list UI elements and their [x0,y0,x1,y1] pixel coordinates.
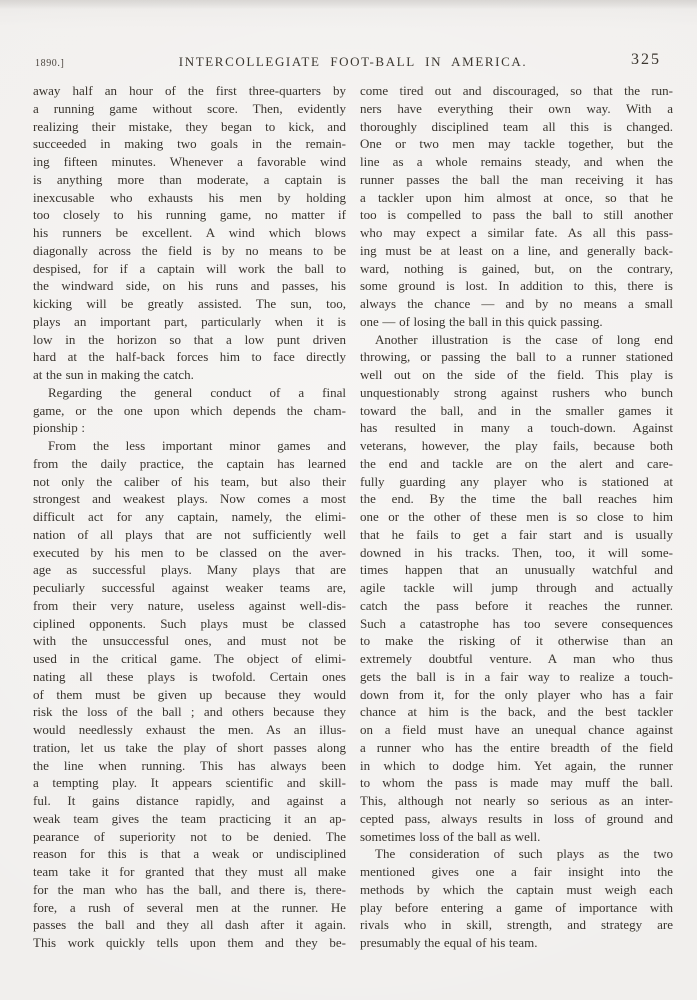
text-line: on a field must have an unequal chance a… [360,721,673,739]
text-line: the end. By the time the ball reaches hi… [360,490,673,508]
text-line: strongest and weakest plays. Now comes a… [33,490,346,508]
text-line: the end and tackle are on the alert and … [360,455,673,473]
text-line: despised, for if a captain will work the… [33,260,346,278]
text-line: unquestionably strong against rushers wh… [360,384,673,402]
text-line: rivals who in skill, strength, and strat… [360,916,673,934]
text-line: downed in his tracks. Then, too, it will… [360,544,673,562]
text-line: a tempting play. It appears scientific a… [33,774,346,792]
text-line: some ground is lost. In addition to this… [360,277,673,295]
text-line: risk the loss of the ball ; and others b… [33,703,346,721]
text-line: would needlessly exhaust the men. As an … [33,721,346,739]
text-line: presumably the equal of his team. [360,934,673,952]
text-line: From the less important minor games and [33,437,346,455]
text-line: from their very nature, useless against … [33,597,346,615]
text-line: kicking will be greatly assisted. The su… [33,295,346,313]
text-line: ners have everything their own way. With… [360,100,673,118]
text-line: difficult act for any captain, namely, t… [33,508,346,526]
text-line: catch the pass before it reaches the run… [360,597,673,615]
text-line: at the sun in making the catch. [33,366,346,384]
text-line: a runner who has the entire breadth of t… [360,739,673,757]
text-line: in which to dodge him. Yet again, the ru… [360,757,673,775]
text-line: methods by which the captain must weigh … [360,881,673,899]
text-line: game, or the one upon which depends the … [33,402,346,420]
text-line: peculiarly successful against weaker tea… [33,579,346,597]
text-column-right: come tired out and discouraged, so that … [360,82,673,952]
text-line: extremely doubtful venture. A man who th… [360,650,673,668]
text-line: passes the ball and they all dash after … [33,916,346,934]
text-line: low in the horizon so that a low punt dr… [33,331,346,349]
text-line: well out on the side of the field. This … [360,366,673,384]
text-line: to make the risking of it otherwise than… [360,632,673,650]
text-line: One or two men may tackle together, but … [360,135,673,153]
text-line: inexcusable who exhausts his men by hold… [33,189,346,207]
text-line: ward, nothing is gained, but, on the con… [360,260,673,278]
text-line: times happen that an unusually watchful … [360,561,673,579]
text-line: plays an important part, particularly wh… [33,313,346,331]
text-line: ciplined opponents. Such plays must be c… [33,615,346,633]
text-line: has resulted in many a touch-down. Again… [360,419,673,437]
text-line: age as successful plays. Many plays that… [33,561,346,579]
page-title: INTERCOLLEGIATE FOOT-BALL IN AMERICA. [33,54,673,70]
text-line: This, although not nearly so serious as … [360,792,673,810]
text-line: one or the other of these men is so clos… [360,508,673,526]
text-line: line as a whole remains steady, and when… [360,153,673,171]
text-line: come tired out and discouraged, so that … [360,82,673,100]
text-line: to whom the pass is made may muff the ba… [360,774,673,792]
text-line: away half an hour of the first three-qua… [33,82,346,100]
text-line: agile tackle will jump through and actua… [360,579,673,597]
text-line: Another illustration is the case of long… [360,331,673,349]
text-column-left: away half an hour of the first three-qua… [33,82,346,952]
text-line: used in the critical game. The object of… [33,650,346,668]
text-line: sometimes loss of the ball as well. [360,828,673,846]
text-line: fore, a rush of several men at the runne… [33,899,346,917]
text-line: play before entering a game of importanc… [360,899,673,917]
text-line: thoroughly disciplined team all this is … [360,118,673,136]
text-line: too is compelled to pass the ball to sti… [360,206,673,224]
article-body: away half an hour of the first three-qua… [33,82,673,952]
text-line: nating all these plays is twofold. Certa… [33,668,346,686]
text-line: reason for this is that a weak or undisc… [33,845,346,863]
text-line: The consideration of such plays as the t… [360,845,673,863]
text-line: the windward side, on his runs and passe… [33,277,346,295]
text-line: weak team gives the team practicing it a… [33,810,346,828]
text-line: veterans, however, the play fails, becau… [360,437,673,455]
text-line: hard at the half-back forces him to face… [33,348,346,366]
text-line: too closely to his running game, no matt… [33,206,346,224]
text-line: tration, let us take the play of short p… [33,739,346,757]
text-line: who may expect a similar fate. As all th… [360,224,673,242]
text-line: always the chance — and by no means a sm… [360,295,673,313]
text-line: Such a catastrophe has too severe conseq… [360,615,673,633]
scanned-book-page: 1890.] INTERCOLLEGIATE FOOT-BALL IN AMER… [0,0,697,1000]
text-line: the line when running. This has always b… [33,757,346,775]
text-line: of them must be given up because they wo… [33,686,346,704]
text-line: ing fifteen minutes. Whenever a favorabl… [33,153,346,171]
text-line: pearance of superiority not to be denied… [33,828,346,846]
text-line: realizing their mistake, they began to k… [33,118,346,136]
text-line: chance at him is the back, and the best … [360,703,673,721]
text-line: his runners be excellent. A wind which b… [33,224,346,242]
text-line: team take it for granted that they must … [33,863,346,881]
text-line: This work quickly tells upon them and th… [33,934,346,952]
text-line: for the man who has the ball, and there … [33,881,346,899]
text-line: mentioned gives one a fair insight into … [360,863,673,881]
text-line: not only the caliber of his team, but al… [33,473,346,491]
text-line: down from it, for the only player who ha… [360,686,673,704]
scan-edge [0,0,697,9]
text-line: executed by his men to be classed on the… [33,544,346,562]
text-line: that he fails to get a fair start and is… [360,526,673,544]
text-line: nation of all plays that are not suffici… [33,526,346,544]
text-line: toward the ball, and in the smaller game… [360,402,673,420]
text-line: fully guarding any player who is station… [360,473,673,491]
text-line: ful. It gains distance rapidly, and agai… [33,792,346,810]
text-line: is anything more than moderate, a captai… [33,171,346,189]
text-line: Regarding the general conduct of a final [33,384,346,402]
text-line: pionship : [33,419,346,437]
page-header: 1890.] INTERCOLLEGIATE FOOT-BALL IN AMER… [33,50,673,76]
text-line: from the daily practice, the captain has… [33,455,346,473]
text-line: cepted pass, always results in loss of g… [360,810,673,828]
text-line: a tackler upon him almost at once, so th… [360,189,673,207]
text-line: runner passes the ball the man receiving… [360,171,673,189]
text-line: with the unsuccessful ones, and must not… [33,632,346,650]
page-number: 325 [631,51,661,69]
text-line: succeeded in making two goals in the rem… [33,135,346,153]
text-line: ing must be at least on a line, and gene… [360,242,673,260]
text-line: one — of losing the ball in this quick p… [360,313,673,331]
text-line: throwing, or passing the ball to a runne… [360,348,673,366]
text-line: a running game without score. Then, evid… [33,100,346,118]
text-line: gets the ball is in a fair way to realiz… [360,668,673,686]
text-line: diagonally across the field is by no mea… [33,242,346,260]
